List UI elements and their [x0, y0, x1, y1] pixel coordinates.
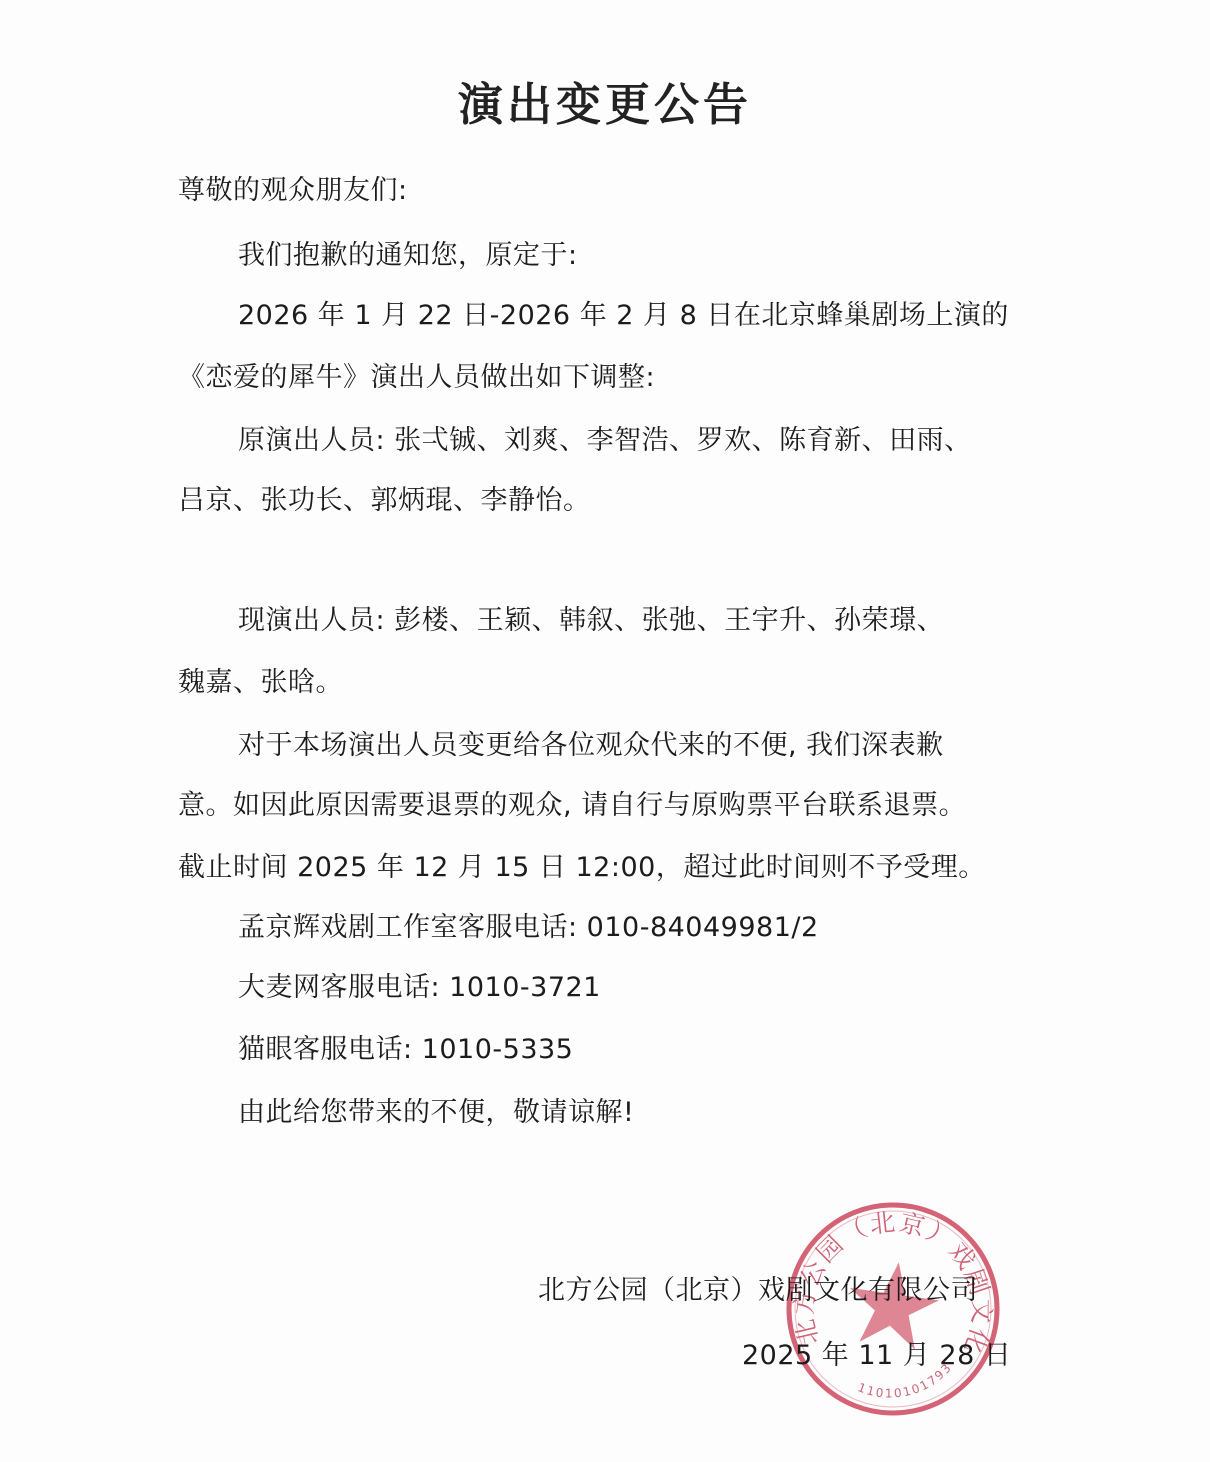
original-cast-line-1: 原演出人员: 张弌铖、刘爽、李智浩、罗欢、陈育新、田雨、	[238, 418, 972, 457]
salutation: 尊敬的观众朋友们:	[178, 168, 408, 207]
contact-maoyan-phone: 猫眼客服电话: 1010-5335	[238, 1027, 573, 1066]
new-cast-line-2: 魏嘉、张晗。	[178, 660, 343, 699]
intro-line: 我们抱歉的通知您，原定于:	[238, 233, 578, 272]
schedule-line: 2026 年 1 月 22 日-2026 年 2 月 8 日在北京蜂巢剧场上演的	[238, 293, 1009, 332]
apology-line-2: 意。如因此原因需要退票的观众, 请自行与原购票平台联系退票。	[178, 783, 966, 822]
contact-studio-phone: 孟京辉戏剧工作室客服电话: 010-84049981/2	[238, 905, 819, 944]
contact-damai-phone: 大麦网客服电话: 1010-3721	[238, 965, 601, 1004]
signature-date: 2025 年 11 月 28 日	[742, 1333, 1011, 1372]
page-title: 演出变更公告	[0, 68, 1210, 133]
original-cast-line-2: 吕京、张功长、郭炳琨、李静怡。	[178, 478, 591, 517]
show-title-line: 《恋爱的犀牛》演出人员做出如下调整:	[178, 355, 655, 394]
closing-line: 由此给您带来的不便，敬请谅解!	[238, 1090, 634, 1129]
announcement-page: 演出变更公告 尊敬的观众朋友们: 我们抱歉的通知您，原定于: 2026 年 1 …	[0, 0, 1210, 1462]
refund-deadline-line: 截止时间 2025 年 12 月 15 日 12:00，超过此时间则不予受理。	[178, 845, 986, 884]
company-seal-icon: 北方公园（北京）戏剧文化有限公司 1101010179302	[782, 1198, 1004, 1420]
apology-line-1: 对于本场演出人员变更给各位观众代来的不便, 我们深表歉	[238, 723, 944, 762]
signature-organization: 北方公园（北京）戏剧文化有限公司	[538, 1268, 978, 1307]
new-cast-line-1: 现演出人员: 彭楼、王颖、韩叙、张弛、王宇升、孙荣璟、	[238, 598, 944, 637]
